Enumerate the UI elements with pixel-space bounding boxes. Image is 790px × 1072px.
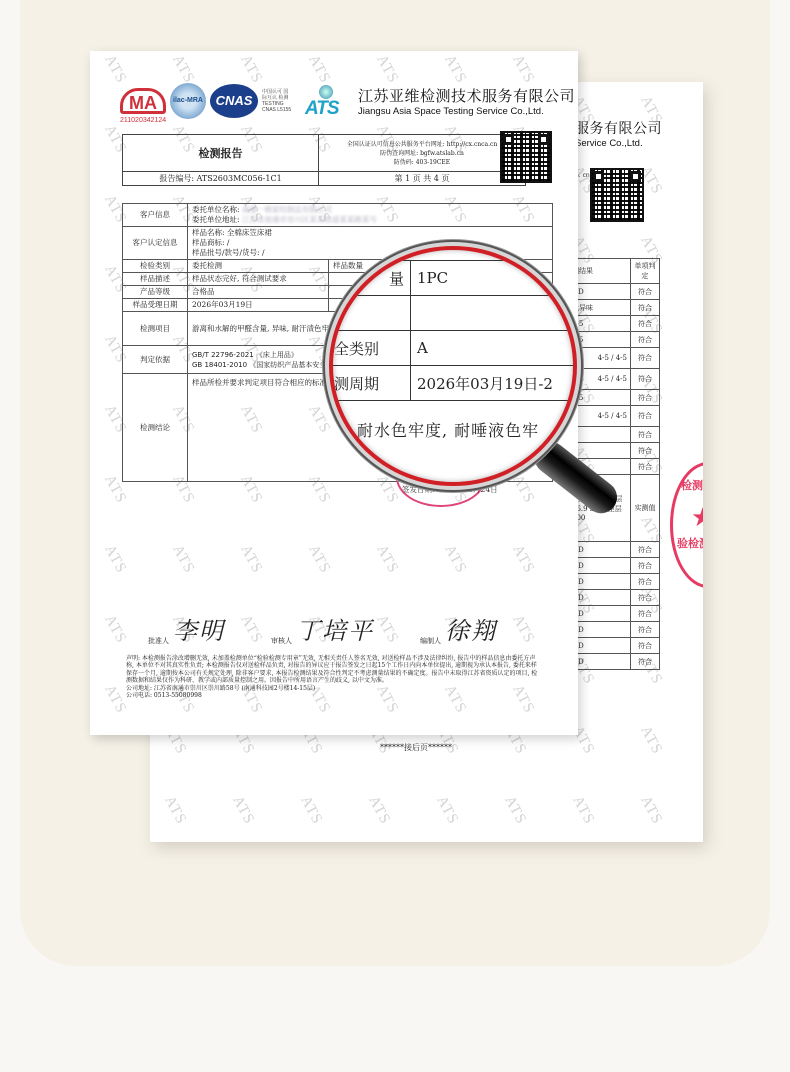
editor-signature: 徐翔 — [445, 611, 497, 646]
judgment-cell: 符合 — [631, 443, 660, 459]
disclaimer: 声明: 本检测报告涂改增删无效, 未加盖检测单位“检验检测专用章”无效, 无相关… — [126, 655, 542, 699]
judgment-cell: 符合 — [631, 300, 660, 316]
table-row: ND符合 — [569, 622, 660, 638]
company-address: 公司地址: 江苏省南通市崇川区崇川路58号 (南通科技园2号楼14-15层) — [126, 685, 542, 692]
judgment-cell: 符合 — [631, 284, 660, 300]
judgment-cell: 符合 — [631, 606, 660, 622]
table-row: 4-5符合 — [569, 390, 660, 406]
cma-logo: MA — [120, 88, 166, 114]
company-name-cn: 服务有限公司 — [575, 118, 662, 138]
table-header: 测结果 单项判定 — [569, 259, 660, 284]
table-row: ND符合 — [569, 574, 660, 590]
approver-signature: 李明 — [173, 611, 225, 646]
judgment-cell: 符合 — [631, 590, 660, 606]
table-row: 4-5 / 4-5符合 — [569, 369, 660, 390]
judgment-cell: 符合 — [631, 427, 660, 443]
company-name-en: Service Co.,Ltd. — [575, 138, 643, 149]
verification-info: 全国认证认可信息公共服务平台网址: http://cx.cnca.cn 防伪查询… — [319, 135, 526, 172]
client-info: 委托单位名称: 南通一棉家纺制品有限公司 委托单位地址: 江苏省南通市崇川区某某… — [188, 204, 553, 227]
cnas-logo: CNAS — [210, 84, 258, 118]
judgment-cell: 符合 — [631, 348, 660, 369]
table-row: 符合 — [569, 427, 660, 443]
qr-code — [500, 131, 552, 183]
company-name-en: Jiangsu Asia Space Testing Service Co.,L… — [358, 106, 544, 117]
table-row: ND符合 — [569, 638, 660, 654]
table-row: ND符合 — [569, 542, 660, 558]
signature-row: 批准人 李明 审核人 丁培平 编制人 徐翔 — [148, 611, 568, 646]
judgment-cell: 符合 — [631, 369, 660, 390]
ats-logo: ATS — [305, 85, 353, 121]
report-title: 检测报告 — [123, 135, 319, 172]
magnified-text: 耐水色牢度, 耐唾液色牢 — [357, 418, 539, 441]
table-row: 4-5符合 — [569, 316, 660, 332]
table-row: 符合 — [569, 443, 660, 459]
magnified-table: 量1PC 全类别A 测周期2026年03月19日-2 — [329, 260, 577, 401]
qr-code — [590, 168, 644, 222]
table-row: 4-5 / 4-5符合 — [569, 406, 660, 427]
judgment-cell: 符合 — [631, 574, 660, 590]
magnifier-lens: 量1PC 全类别A 测周期2026年03月19日-2 耐水色牢度, 耐唾液色牢 — [329, 246, 577, 486]
star-icon: ★ — [691, 503, 703, 533]
reviewer-signature: 丁培平 — [296, 611, 374, 646]
judgment-header: 单项判定 — [631, 259, 660, 284]
judgment-cell: 符合 — [631, 390, 660, 406]
cma-code: 211020342124 — [120, 117, 166, 124]
table-row: 无异味符合 — [569, 300, 660, 316]
page-indicator: 第 1 页 共 4 页 — [319, 172, 526, 186]
inspection-stamp: 检测技 ★ 验检测 — [670, 462, 703, 588]
continue-note: ******接后页****** — [380, 742, 452, 753]
table-row: ND符合 — [569, 654, 660, 670]
judgment-cell: 符合 — [631, 638, 660, 654]
judgment-cell: 符合 — [631, 558, 660, 574]
table-row: ND符合 — [569, 558, 660, 574]
judgment-cell: 符合 — [631, 459, 660, 475]
report-header-table: 检测报告 全国认证认可信息公共服务平台网址: http://cx.cnca.cn… — [122, 134, 526, 186]
company-name-cn: 江苏亚维检测技术服务有限公司 — [358, 85, 575, 106]
judgment-cell: 符合 — [631, 654, 660, 670]
globe-icon — [319, 85, 333, 99]
judgment-cell: 符合 — [631, 406, 660, 427]
certification-logos: MA ilac-MRA CNAS 中国认可 国际互认 检测 TESTING CN… — [120, 81, 292, 121]
ilac-mra-logo: ilac-MRA — [170, 83, 206, 119]
judgment-cell: 符合 — [631, 542, 660, 558]
table-row: ND符合 — [569, 284, 660, 300]
judgment-cell: 符合 — [631, 622, 660, 638]
report-number: 报告编号: ATS2603MC056-1C1 — [123, 172, 319, 186]
table-row: ND符合 — [569, 606, 660, 622]
judgment-cell: 实测值 — [631, 475, 660, 542]
cnas-caption: 中国认可 国际互认 检测 TESTING CNAS L5155 — [262, 89, 292, 113]
company-phone: 公司电话: 0513-55080998 — [126, 692, 542, 699]
table-row: ND符合 — [569, 590, 660, 606]
judgment-cell: 符合 — [631, 316, 660, 332]
table-row: 4-5符合 — [569, 332, 660, 348]
judgment-cell: 符合 — [631, 332, 660, 348]
table-row: 4-5 / 4-5符合 — [569, 348, 660, 369]
